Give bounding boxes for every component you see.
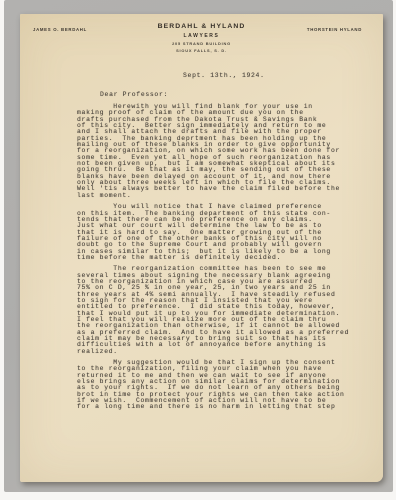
body-paragraph-2: You will notice that I have claimed pref… <box>77 204 369 261</box>
letter-body: Herewith you will find blank for your us… <box>77 104 369 416</box>
body-paragraph-4: My suggestion would be that I sign up th… <box>77 360 369 411</box>
firm-address-line1: 205 STRAND BUILDING <box>20 41 383 46</box>
body-paragraph-3: The reorganization committee has been to… <box>77 266 369 355</box>
firm-address-line2: SIOUX FALLS, S. D. <box>20 48 383 53</box>
letterhead-partner-right: THORSTEIN HYLAND <box>307 27 362 32</box>
firm-title: LAWYERS <box>20 33 383 39</box>
body-paragraph-1: Herewith you will find blank for your us… <box>77 104 369 199</box>
letter-page: JAMES O. BERDAHL BERDAHL & HYLAND LAWYER… <box>20 14 383 482</box>
salutation: Dear Professor: <box>100 91 168 98</box>
date-line: Sept. 13th., 1924. <box>183 72 265 79</box>
